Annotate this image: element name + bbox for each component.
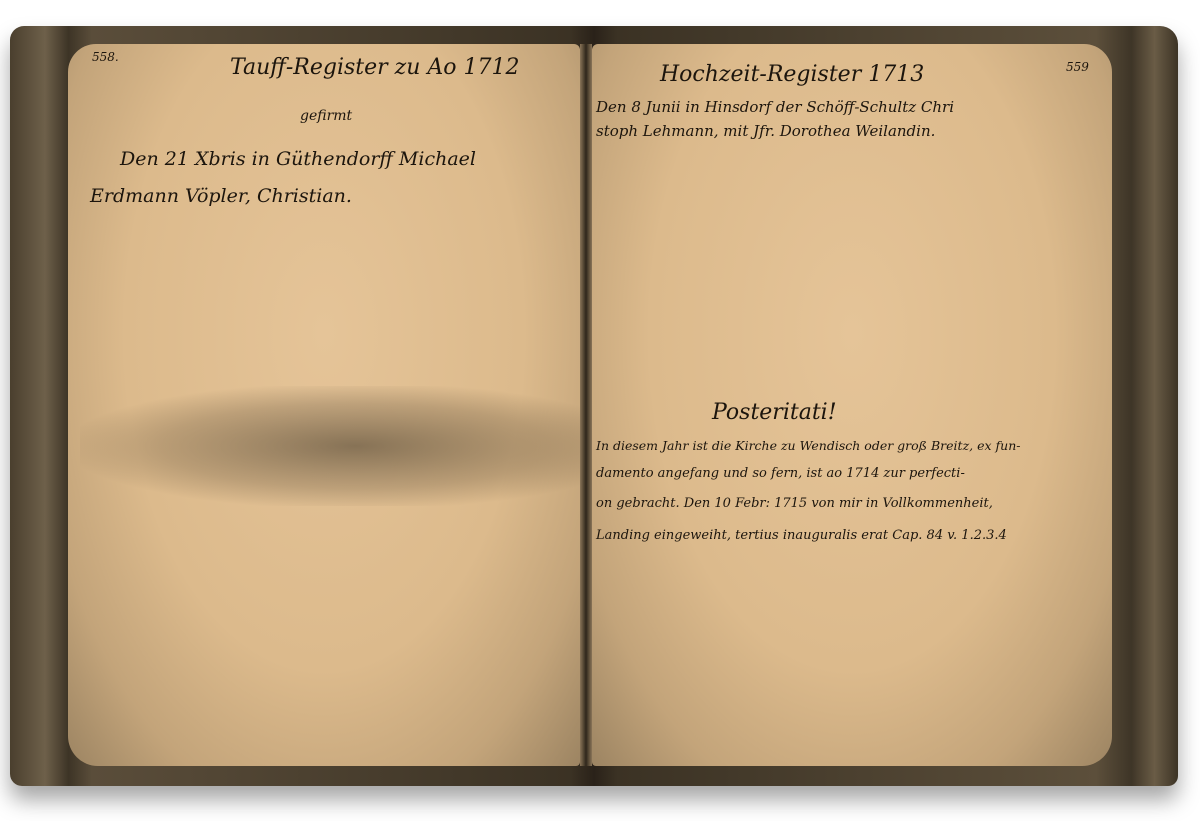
book-gutter (580, 44, 592, 766)
open-book (10, 26, 1178, 786)
left-entry-line-2: Erdmann Vöpler, Christian. (90, 185, 352, 207)
right-page-heading: Hochzeit-Register 1713 (660, 62, 924, 87)
note-line-1: In diesem Jahr ist die Kirche zu Wendisc… (596, 438, 1020, 453)
right-page-number: 559 (1066, 60, 1089, 74)
note-line-4: Landing eingeweiht, tertius inauguralis … (596, 528, 1007, 543)
left-page-number: 558. (92, 50, 119, 64)
ink-smudge-stain (80, 386, 580, 506)
left-page-heading: Tauff-Register zu Ao 1712 (230, 55, 520, 80)
left-page-subheading: gefirmt (300, 108, 352, 124)
left-entry-line-1: Den 21 Xbris in Güthendorff Michael (120, 148, 476, 170)
note-line-2: damento angefang und so fern, ist ao 171… (596, 466, 965, 481)
note-heading: Posteritati! (712, 400, 837, 425)
right-entry-line-1: Den 8 Junii in Hinsdorf der Schöff-Schul… (596, 98, 954, 116)
right-entry-line-2: stoph Lehmann, mit Jfr. Dorothea Weiland… (596, 122, 935, 140)
note-line-3: on gebracht. Den 10 Febr: 1715 von mir i… (596, 496, 993, 511)
right-page (592, 44, 1112, 766)
